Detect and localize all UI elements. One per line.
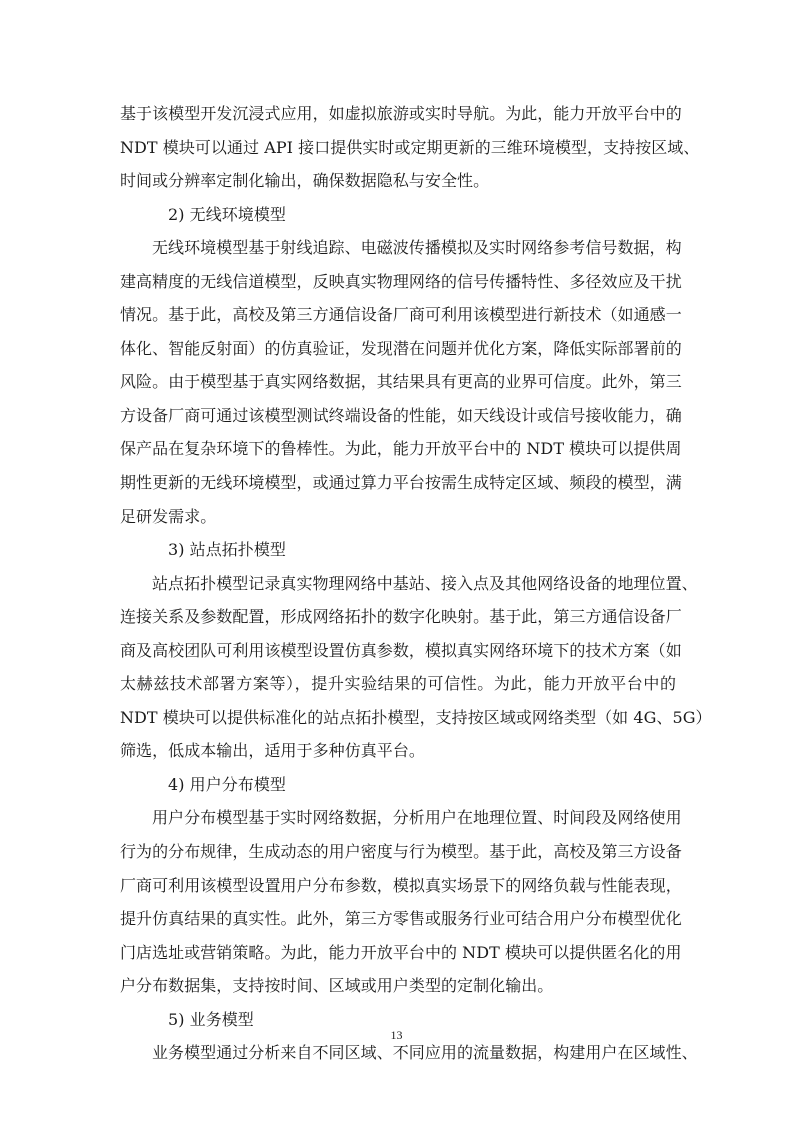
text-line: 时间或分辨率定制化输出，确保数据隐私与安全性。 xyxy=(120,164,676,198)
text-line: NDT 模块可以通过 API 接口提供实时或定期更新的三维环境模型，支持按区域、 xyxy=(120,131,676,165)
text-line: 无线环境模型基于射线追踪、电磁波传播模拟及实时网络参考信号数据，构 xyxy=(120,231,676,265)
text-line: 期性更新的无线环境模型，或通过算力平台按需生成特定区域、频段的模型，满 xyxy=(120,466,676,500)
text-line: 基于该模型开发沉浸式应用，如虚拟旅游或实时导航。为此，能力开放平台中的 xyxy=(120,97,676,131)
text-line: 用户分布模型基于实时网络数据，分析用户在地理位置、时间段及网络使用 xyxy=(120,801,676,835)
text-line: 站点拓扑模型记录真实物理网络中基站、接入点及其他网络设备的地理位置、 xyxy=(120,567,676,601)
text-line: 厂商可利用该模型设置用户分布参数，模拟真实场景下的网络负载与性能表现， xyxy=(120,869,676,903)
text-line: 情况。基于此，高校及第三方通信设备厂商可利用该模型进行新技术（如通感一 xyxy=(120,298,676,332)
text-line: 提升仿真结果的真实性。此外，第三方零售或服务行业可结合用户分布模型优化 xyxy=(120,902,676,936)
text-line: 筛选，低成本输出，适用于多种仿真平台。 xyxy=(120,734,676,768)
section-heading-user-distribution-model: 4) 用户分布模型 xyxy=(120,768,676,802)
document-page: 基于该模型开发沉浸式应用，如虚拟旅游或实时导航。为此，能力开放平台中的 NDT … xyxy=(0,0,793,1122)
text-line: 户分布数据集，支持按时间、区域或用户类型的定制化输出。 xyxy=(120,969,676,1003)
section-heading-site-topology-model: 3) 站点拓扑模型 xyxy=(120,533,676,567)
text-line: 太赫兹技术部署方案等），提升实验结果的可信性。为此，能力开放平台中的 xyxy=(120,667,676,701)
text-line: 行为的分布规律，生成动态的用户密度与行为模型。基于此，高校及第三方设备 xyxy=(120,835,676,869)
text-line: 门店选址或营销策略。为此，能力开放平台中的 NDT 模块可以提供匿名化的用 xyxy=(120,936,676,970)
page-number: 13 xyxy=(0,1028,793,1043)
text-line: 连接关系及参数配置，形成网络拓扑的数字化映射。基于此，第三方通信设备厂 xyxy=(120,600,676,634)
section-heading-wireless-environment-model: 2) 无线环境模型 xyxy=(120,198,676,232)
text-line: 方设备厂商可通过该模型测试终端设备的性能，如天线设计或信号接收能力，确 xyxy=(120,399,676,433)
text-line: 商及高校团队可利用该模型设置仿真参数，模拟真实网络环境下的技术方案（如 xyxy=(120,634,676,668)
text-line: 体化、智能反射面）的仿真验证，发现潜在问题并优化方案，降低实际部署前的 xyxy=(120,332,676,366)
text-line: 保产品在复杂环境下的鲁棒性。为此，能力开放平台中的 NDT 模块可以提供周 xyxy=(120,432,676,466)
text-line: NDT 模块可以提供标准化的站点拓扑模型，支持按区域或网络类型（如 4G、5G） xyxy=(120,701,676,735)
text-line: 足研发需求。 xyxy=(120,500,676,534)
page-body: 基于该模型开发沉浸式应用，如虚拟旅游或实时导航。为此，能力开放平台中的 NDT … xyxy=(120,97,676,1070)
text-line: 风险。由于模型基于真实网络数据，其结果具有更高的业界可信度。此外，第三 xyxy=(120,365,676,399)
text-line: 建高精度的无线信道模型，反映真实物理网络的信号传播特性、多径效应及干扰 xyxy=(120,265,676,299)
